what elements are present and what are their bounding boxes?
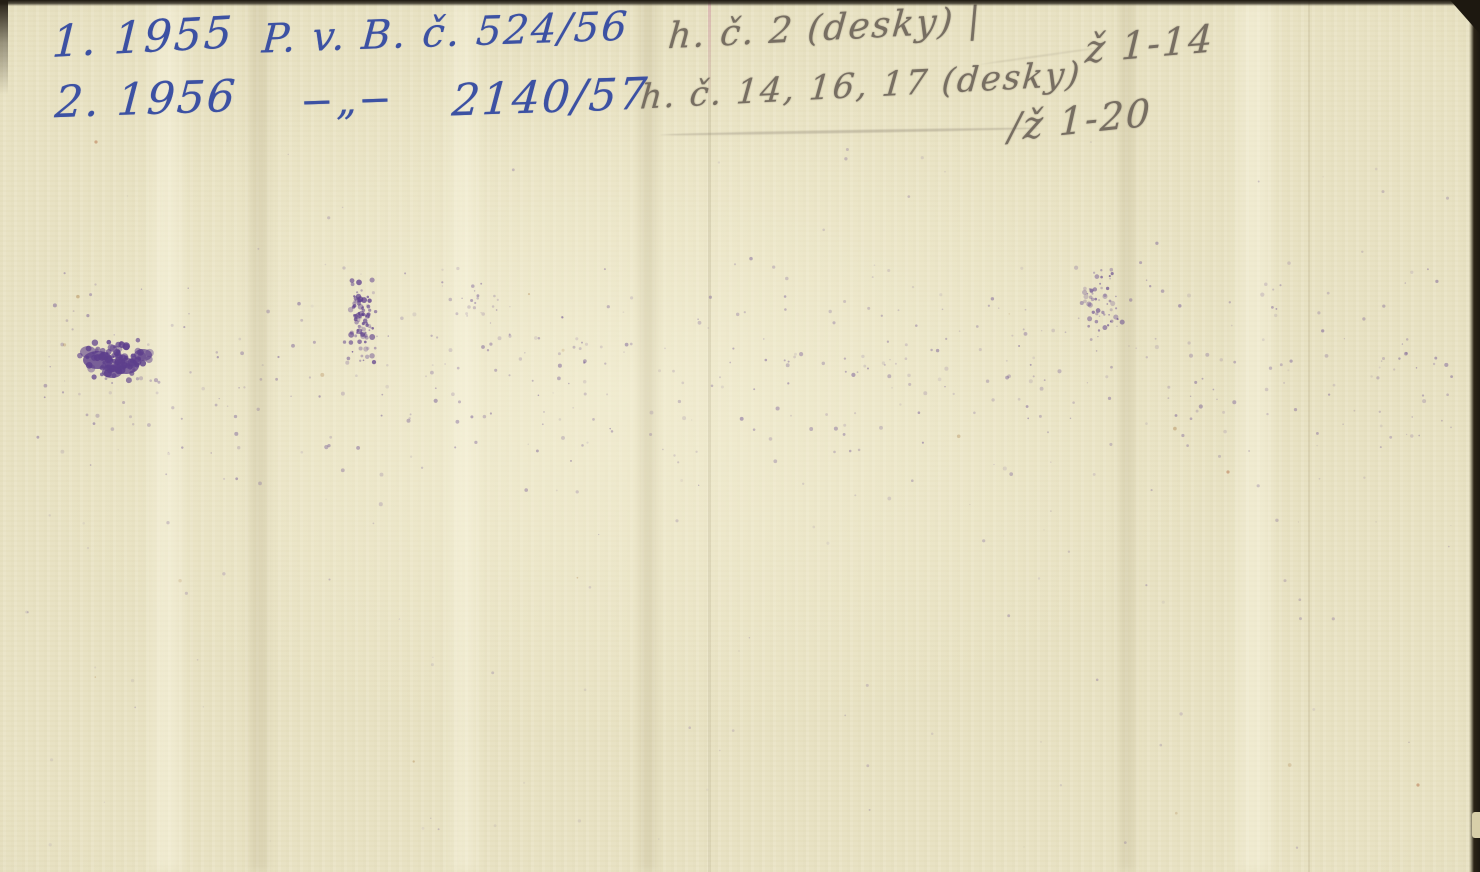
handwriting-line2-prefix: 2. 1956 xyxy=(53,71,238,129)
handwriting-line2-ditto-mark: −„− xyxy=(299,76,394,125)
scan-edge-notch xyxy=(1472,812,1480,838)
handwriting-line2-file-number: 2140/57 xyxy=(450,68,650,126)
scan-corner-top-left xyxy=(0,0,8,95)
scan-edge-top xyxy=(0,0,1480,6)
card-paper xyxy=(0,0,1480,872)
scanned-index-card: 1. 1955 P. v. B. č. 524/56 h. č. 2 (desk… xyxy=(0,0,1480,872)
handwriting-line1-prefix: 1. 1955 xyxy=(51,7,235,68)
scan-edge-right xyxy=(1469,0,1480,872)
